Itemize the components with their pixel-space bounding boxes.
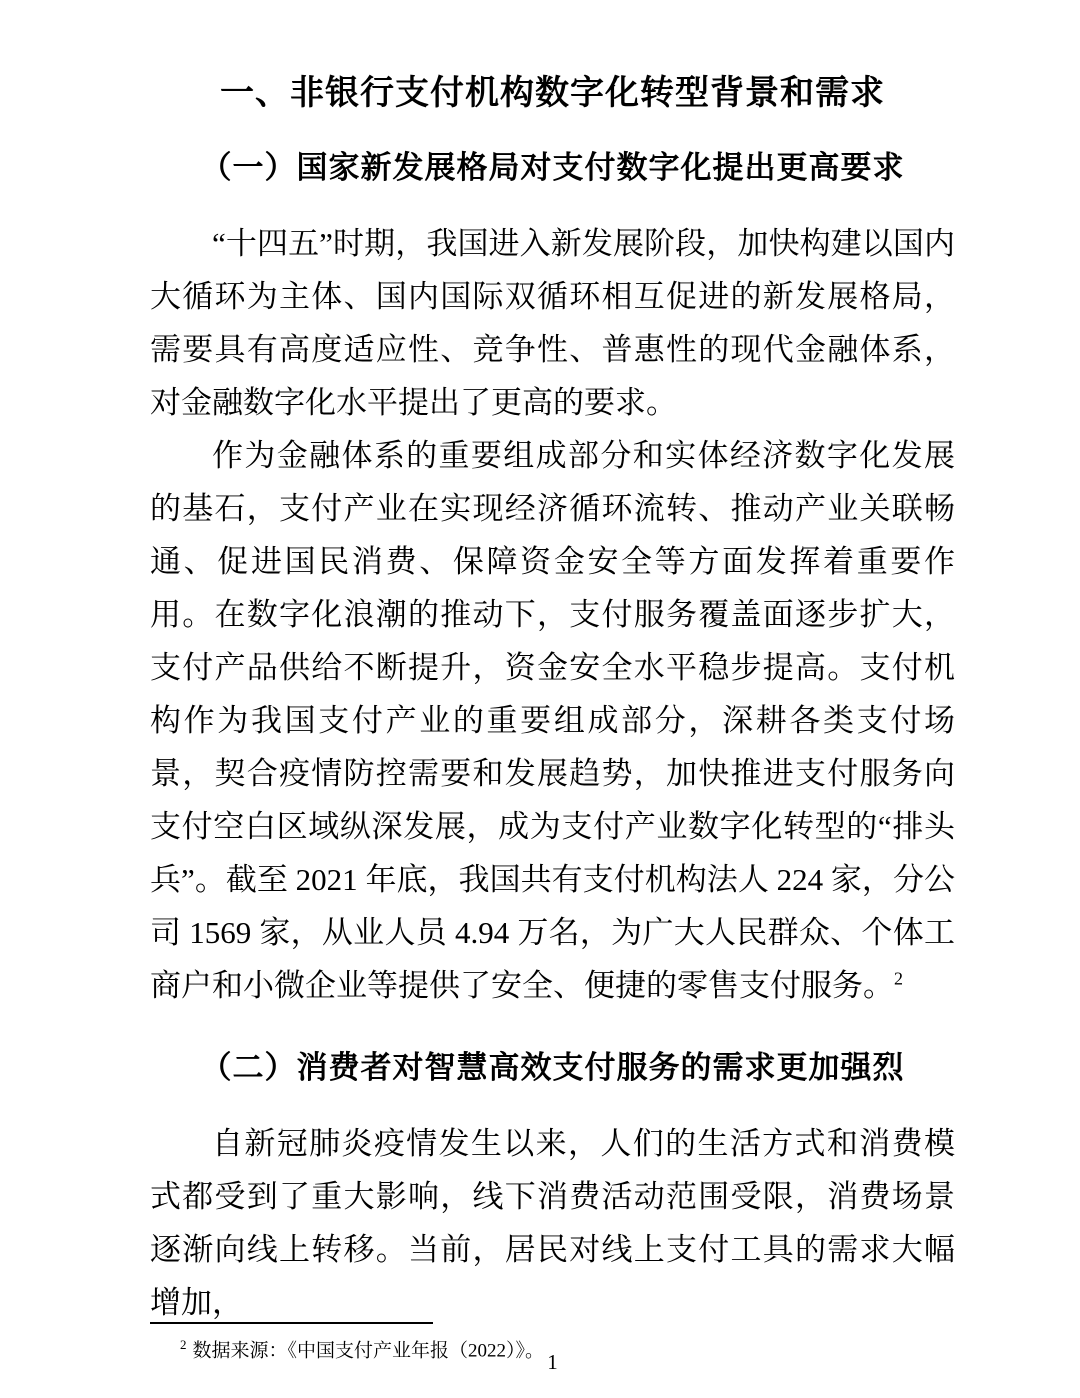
subsection-heading-2: （二）消费者对智慧高效支付服务的需求更加强烈 <box>150 1048 955 1088</box>
subsection-heading-1: （一）国家新发展格局对支付数字化提出更高要求 <box>150 148 955 188</box>
document-page: 一、非银行支付机构数字化转型背景和需求 （一）国家新发展格局对支付数字化提出更高… <box>0 0 1080 1398</box>
document-content: 一、非银行支付机构数字化转型背景和需求 （一）国家新发展格局对支付数字化提出更高… <box>150 73 955 1329</box>
page-number: 1 <box>150 1350 955 1375</box>
paragraph-3: 自新冠肺炎疫情发生以来，人们的生活方式和消费模式都受到了重大影响，线下消费活动范… <box>150 1117 955 1329</box>
footnote-reference: 2 <box>894 969 903 989</box>
section-title: 一、非银行支付机构数字化转型背景和需求 <box>150 73 955 113</box>
paragraph-2-text: 作为金融体系的重要组成部分和实体经济数字化发展的基石，支付产业在实现经济循环流转… <box>150 438 955 1003</box>
footnote-separator <box>150 1322 433 1324</box>
paragraph-1: “十四五”时期，我国进入新发展阶段，加快构建以国内大循环为主体、国内国际双循环相… <box>150 217 955 429</box>
paragraph-2: 作为金融体系的重要组成部分和实体经济数字化发展的基石，支付产业在实现经济循环流转… <box>150 429 955 1012</box>
